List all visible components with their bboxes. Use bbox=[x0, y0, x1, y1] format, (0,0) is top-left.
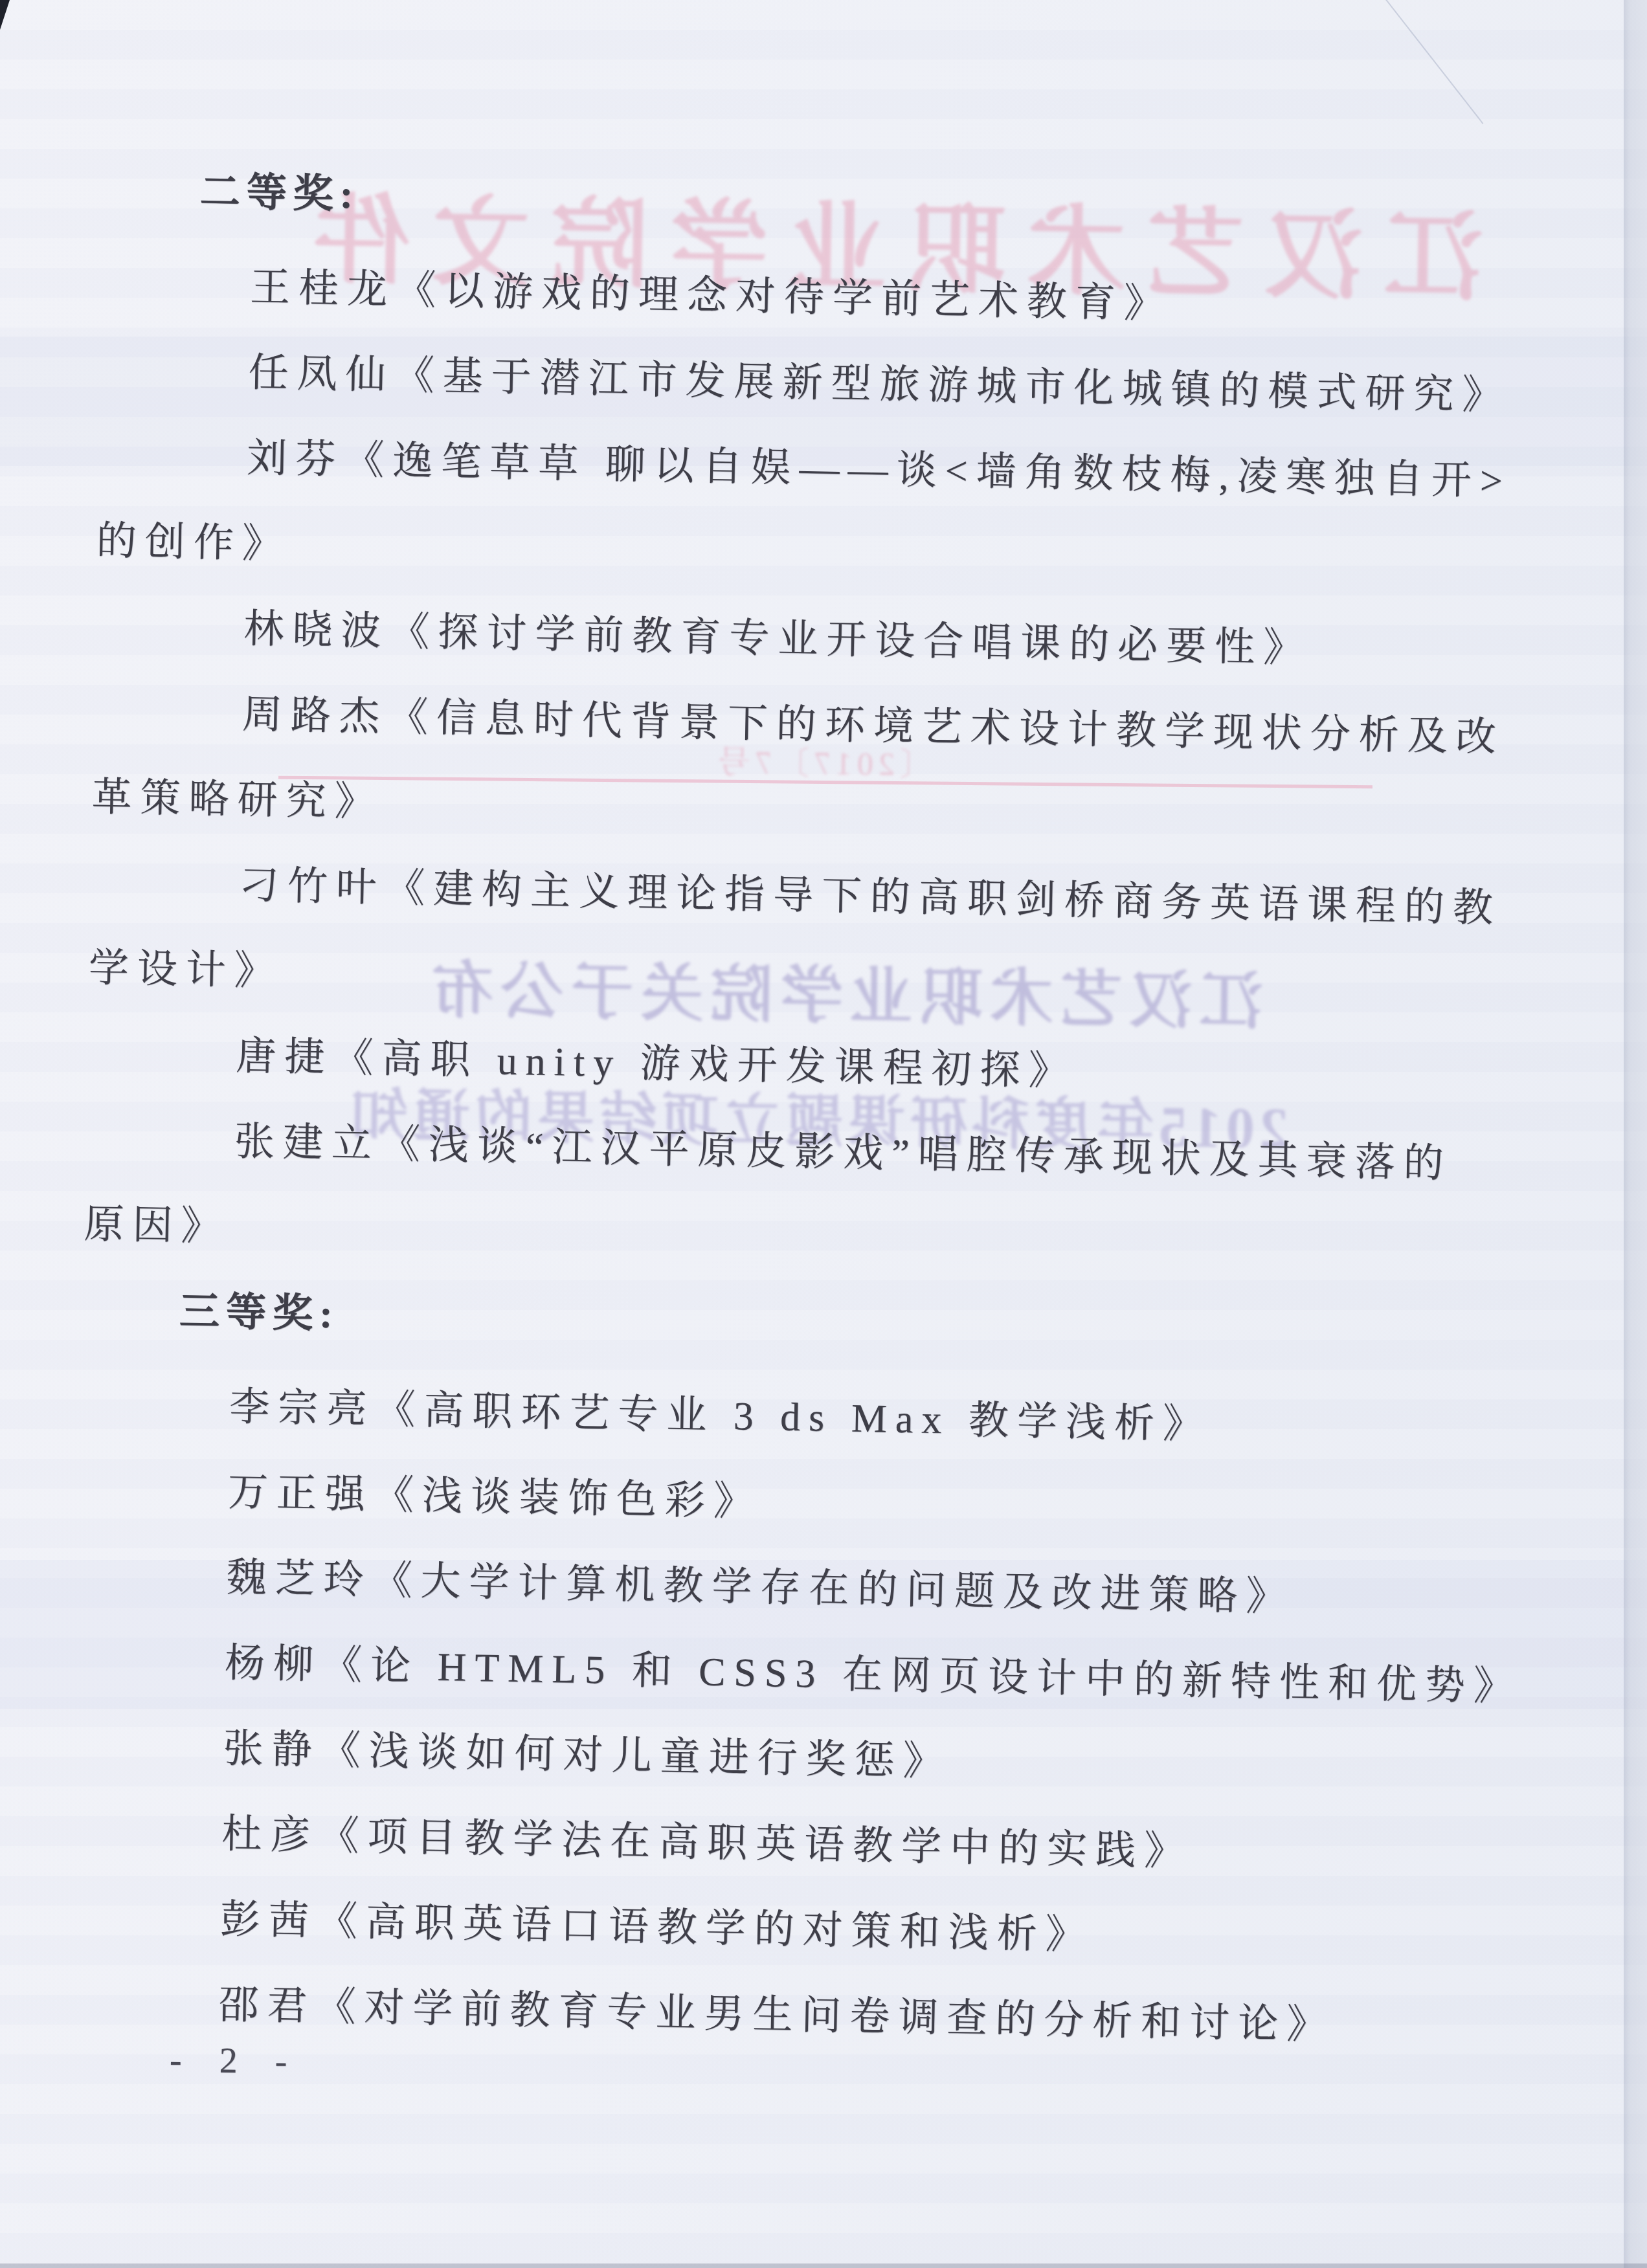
page-number: - 2 - bbox=[170, 2040, 302, 2082]
document-body: 二等奖:王桂龙《以游戏的理念对待学前艺术教育》任凤仙《基于潜江市发展新型旅游城市… bbox=[69, 148, 1556, 2072]
scanned-page: 江汉艺术职业学院文件 〔2017〕7号 江汉艺术职业学院关于公布 2015年度科… bbox=[0, 0, 1647, 2268]
paper-crease bbox=[1351, 0, 1484, 124]
text-line-heading: 二等奖: bbox=[102, 148, 1556, 260]
scan-corner-artifact bbox=[0, 0, 10, 30]
paper-right-edge bbox=[1624, 0, 1647, 2268]
paper-bottom-edge bbox=[0, 2263, 1647, 2268]
